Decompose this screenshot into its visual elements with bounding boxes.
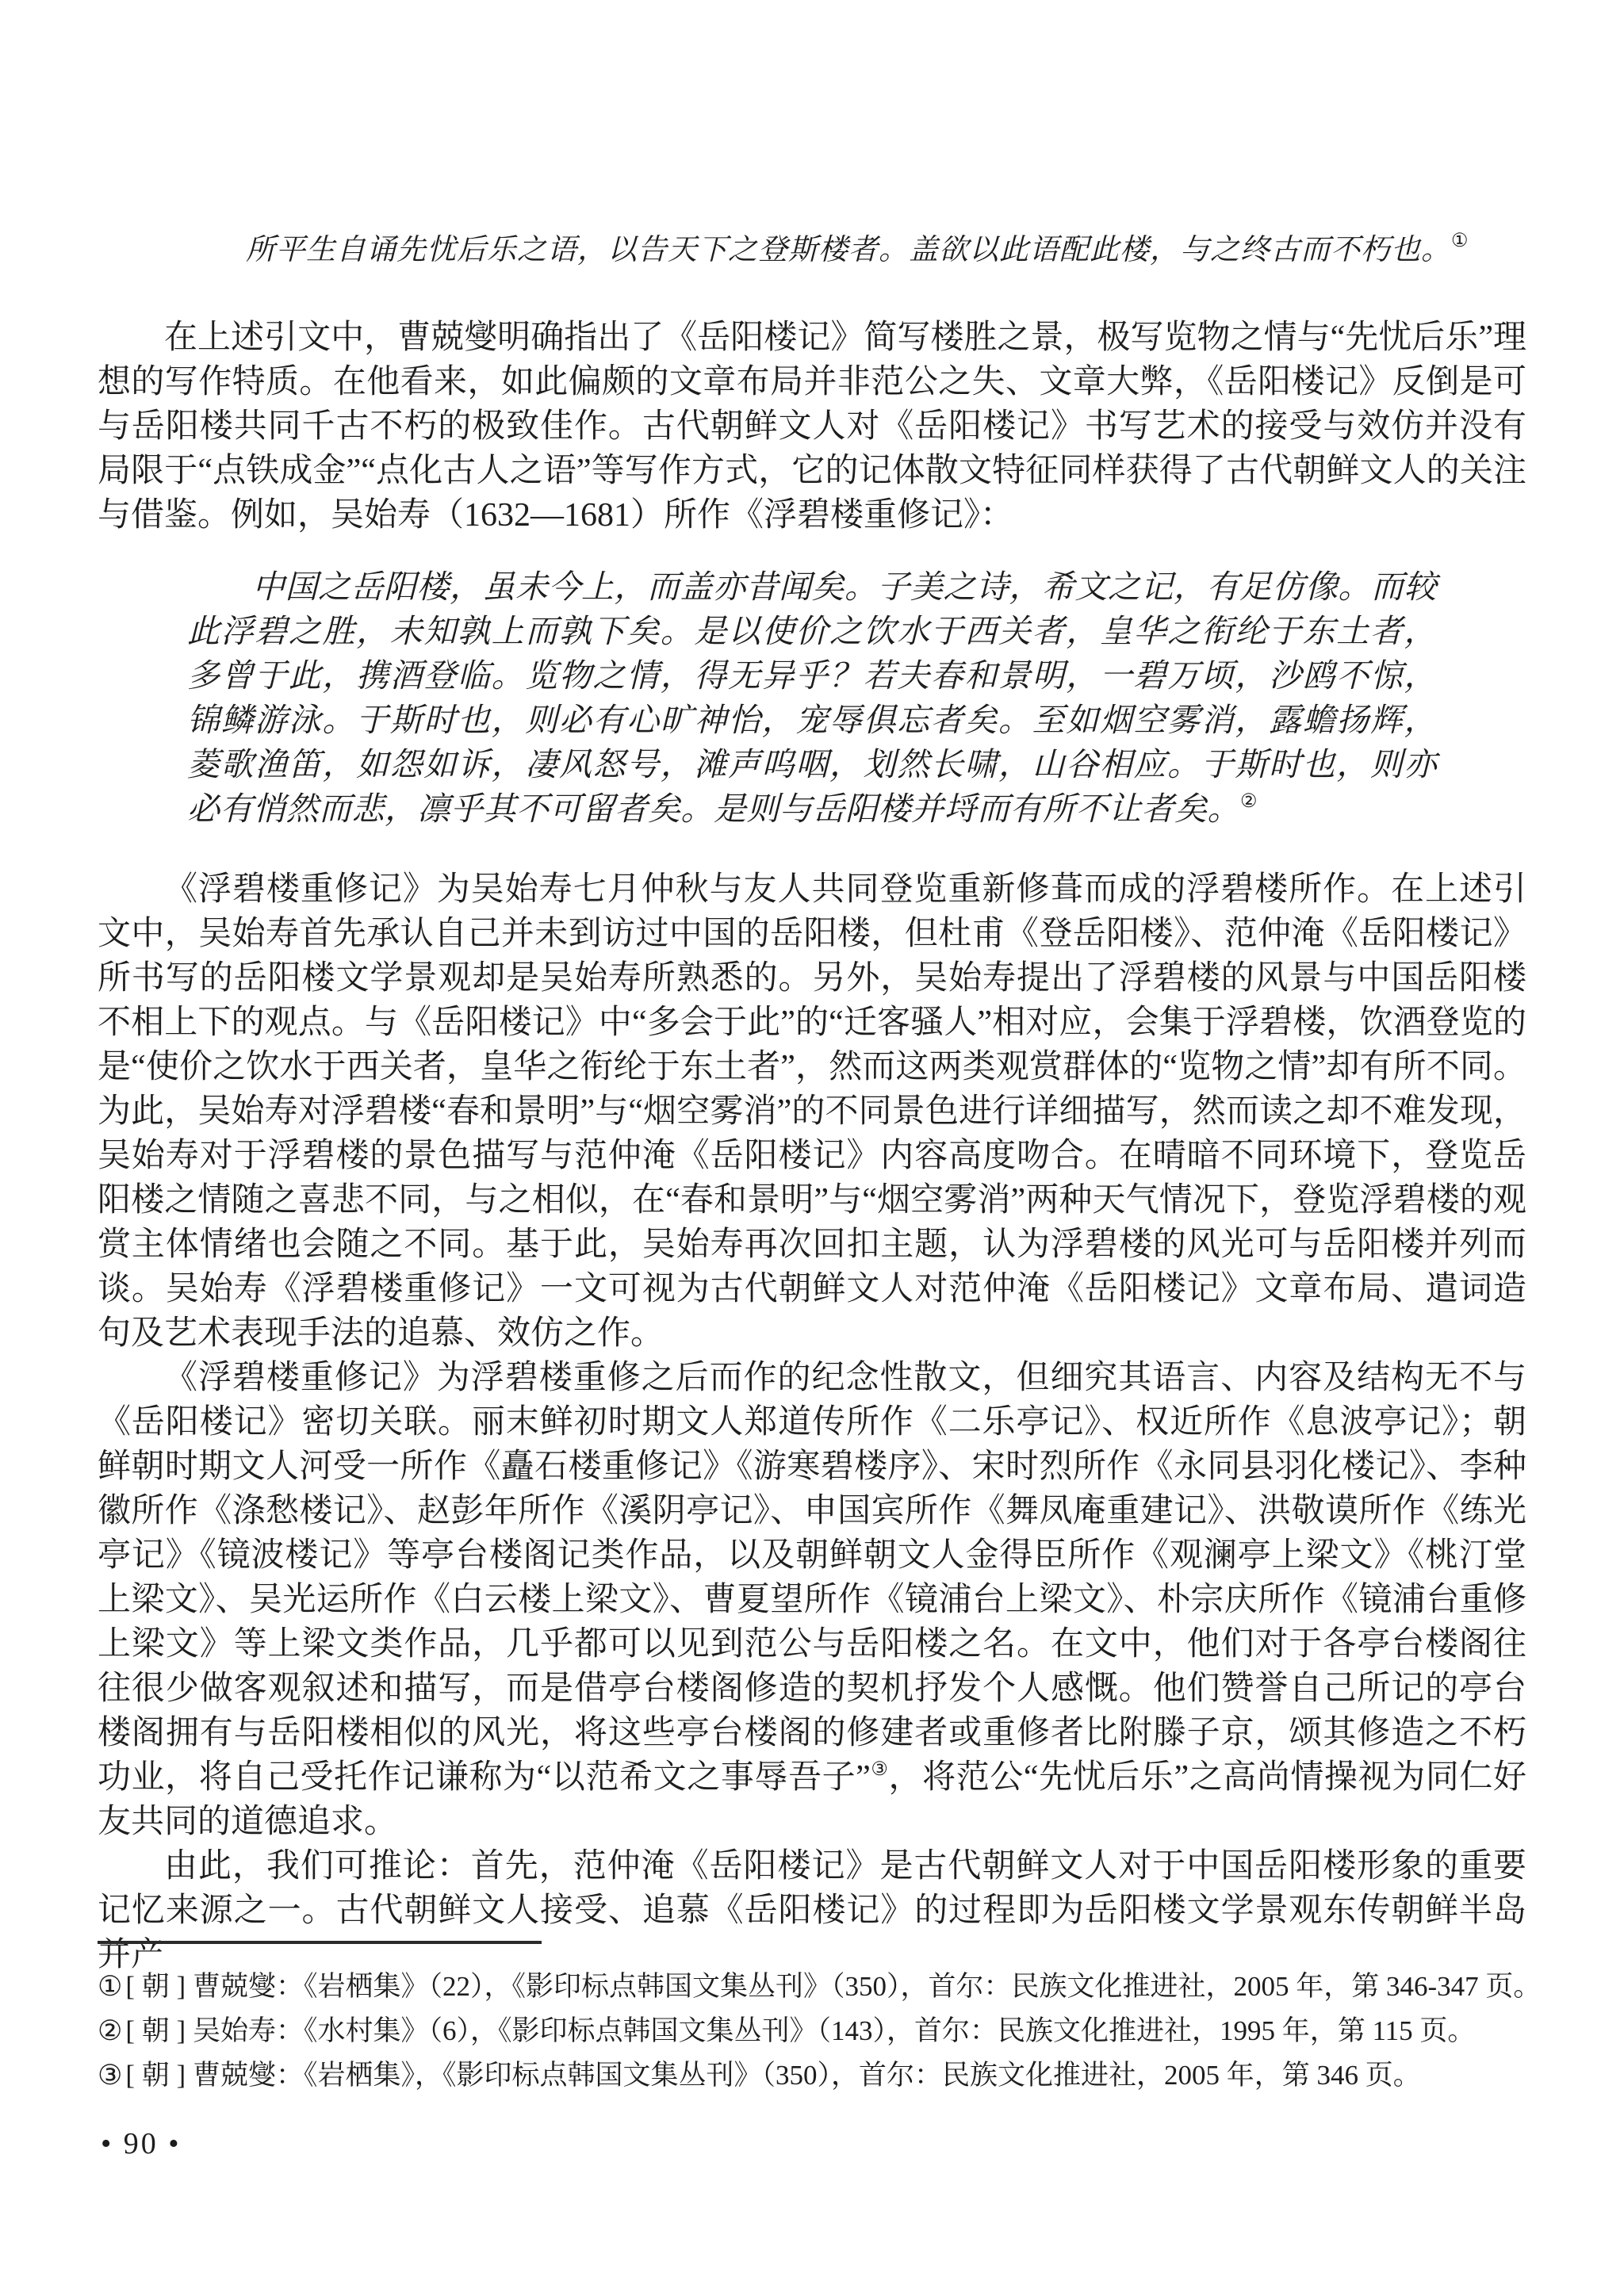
footnote-2-marker: ② xyxy=(98,2015,122,2046)
footnote-3-text: [ 朝 ] 曹兢燮：《岩栖集》，《影印标点韩国文集丛刊》（350），首尔：民族文… xyxy=(125,2060,1420,2091)
footnote-separator-rule xyxy=(98,1941,542,1944)
blockquote-text: 中国之岳阳楼，虽未今上，而盖亦昔闻矣。子美之诗，希文之记，有足仿像。而较此浮碧之… xyxy=(187,568,1437,827)
paragraph-other-works-part1: 《浮碧楼重修记》为浮碧楼重修之后而作的纪念性散文，但细究其语言、内容及结构无不与… xyxy=(98,1360,1526,1796)
footnote-ref-1: ① xyxy=(1451,231,1469,251)
footnote-1-text: [ 朝 ] 曹兢燮：《岩栖集》（22），《影印标点韩国文集丛刊》（350），首尔… xyxy=(125,1971,1541,2002)
footnote-1-marker: ① xyxy=(98,1971,122,2002)
footnote-3-marker: ③ xyxy=(98,2060,122,2091)
carried-over-quote: 所平生自诵先忧后乐之语，以告天下之登斯楼者。盖欲以此语配此楼，与之终古而不朽也。… xyxy=(187,228,1526,273)
page-number: • 90 • xyxy=(101,2126,182,2161)
footnote-2-text: [ 朝 ] 吴始寿：《水村集》（6），《影印标点韩国文集丛刊》（143），首尔：… xyxy=(125,2015,1475,2046)
page-body: 所平生自诵先忧后乐之语，以告天下之登斯楼者。盖欲以此语配此楼，与之终古而不朽也。… xyxy=(0,0,1624,1977)
paragraph-commentary-cao: 在上述引文中，曹兢燮明确指出了《岳阳楼记》简写楼胜之景，极写览物之情与“先忧后乐… xyxy=(98,316,1526,538)
carried-over-quote-text: 所平生自诵先忧后乐之语，以告天下之登斯楼者。盖欲以此语配此楼，与之终古而不朽也。 xyxy=(246,234,1451,266)
paragraph-other-works: 《浮碧楼重修记》为浮碧楼重修之后而作的纪念性散文，但细究其语言、内容及结构无不与… xyxy=(98,1356,1526,1844)
blockquote-fubilou-chongxiuji: 中国之岳阳楼，虽未今上，而盖亦昔闻矣。子美之诗，希文之记，有足仿像。而较此浮碧之… xyxy=(187,564,1437,831)
footnote-ref-2: ② xyxy=(1240,791,1258,812)
footnote-ref-3: ③ xyxy=(871,1759,889,1780)
footnote-2: ②[ 朝 ] 吴始寿：《水村集》（6），《影印标点韩国文集丛刊》（143），首尔… xyxy=(98,2009,1526,2053)
footnote-3: ③[ 朝 ] 曹兢燮：《岩栖集》，《影印标点韩国文集丛刊》（350），首尔：民族… xyxy=(98,2053,1526,2098)
footnote-area: ①[ 朝 ] 曹兢燮：《岩栖集》（22），《影印标点韩国文集丛刊》（350），首… xyxy=(98,1941,1526,2098)
footnote-1: ①[ 朝 ] 曹兢燮：《岩栖集》（22），《影印标点韩国文集丛刊》（350），首… xyxy=(98,1965,1526,2009)
paragraph-analysis-wushishou: 《浮碧楼重修记》为吴始寿七月仲秋与友人共同登览重新修葺而成的浮碧楼所作。在上述引… xyxy=(98,867,1526,1356)
